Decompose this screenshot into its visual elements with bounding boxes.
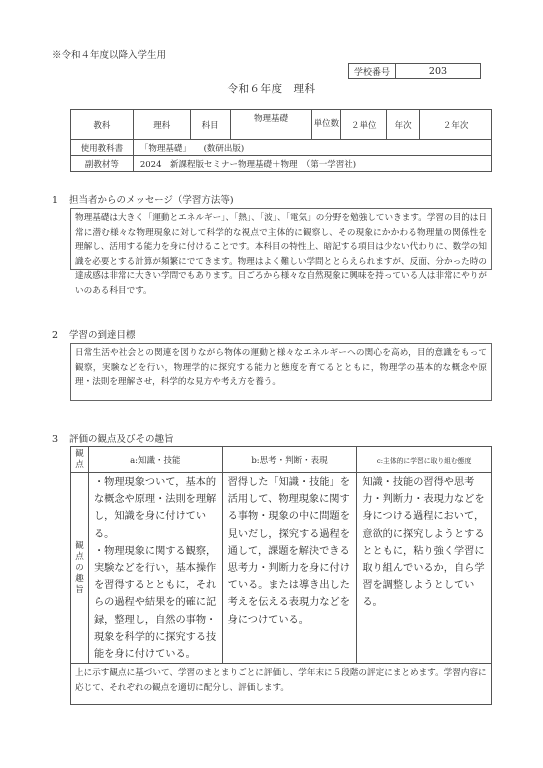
section-2-number: 2 — [52, 330, 69, 341]
section-3-number: 3 — [52, 434, 69, 445]
section-2-title: 学習の到達目標 — [69, 330, 136, 341]
evaluation-header-row: 観点 a:知識・技能 b:思考・判断・表現 c:主体的に学習に取り組む態度 — [71, 447, 492, 473]
subject-area-label: 教科 — [71, 110, 134, 140]
textbook-value: 「物理基礎」 (数研出版) — [133, 140, 491, 156]
course-info-table: 教科 理科 科目 物理基礎 単位数 ２単位 年次 ２年次 使用教科書 「物理基礎… — [70, 109, 492, 172]
section-3-title: 評価の観点及びその趣旨 — [69, 434, 174, 445]
purpose-label: 観点の趣旨 — [71, 473, 89, 664]
column-b-header: b:思考・判断・表現 — [222, 447, 357, 473]
viewpoint-label: 観点 — [71, 447, 89, 473]
supplementary-row: 副教材等 2024 新課程版セミナー物理基礎＋物理 （第一学習社) — [71, 156, 492, 172]
column-a-header: a:知識・技能 — [88, 447, 222, 473]
column-a-text: ・物理現象ついて，基本的な概念や原理・法則を理解し，知識を身に付けている。 ・物… — [88, 473, 222, 664]
section-1-number: 1 — [52, 195, 69, 206]
textbook-label: 使用教科書 — [71, 140, 134, 156]
school-number-box: 学校番号 203 — [348, 63, 481, 79]
course-row: 教科 理科 科目 物理基礎 単位数 ２単位 年次 ２年次 — [71, 110, 492, 140]
supplementary-label: 副教材等 — [71, 156, 134, 172]
supplementary-value: 2024 新課程版セミナー物理基礎＋物理 （第一学習社) — [133, 156, 491, 172]
grade-value: ２年次 — [420, 110, 492, 140]
column-b-text: 習得した「知識・技能」を活用して、物理現象に関する事物・現象の中に問題を見いだし… — [222, 473, 357, 664]
section-3-heading: 3評価の観点及びその趣旨 — [52, 431, 174, 445]
credits-label: 単位数 — [312, 110, 341, 140]
school-number-label: 学校番号 — [349, 64, 396, 78]
course-label: 科目 — [190, 110, 230, 140]
evaluation-table: 観点 a:知識・技能 b:思考・判断・表現 c:主体的に学習に取り組む態度 観点… — [70, 446, 492, 705]
subject-area-value: 理科 — [133, 110, 190, 140]
section-2-heading: 2学習の到達目標 — [52, 327, 136, 341]
evaluation-footer-row: 上に示す観点に基づいて、学習のまとまりごとに評価し、学年末に５段階の評定にまとめ… — [71, 664, 492, 705]
textbook-row: 使用教科書 「物理基礎」 (数研出版) — [71, 140, 492, 156]
enrollment-note: ※令和４年度以降入学生用 — [52, 47, 166, 61]
course-value: 物理基礎 — [230, 110, 312, 140]
school-number-value: 203 — [396, 64, 480, 78]
learning-goals-box: 日常生活や社会との関連を図りながら物体の運動と様々なエネルギーへの関心を高め，目… — [70, 343, 492, 401]
section-1-heading: 1担当者からのメッセージ（学習方法等) — [52, 192, 234, 206]
teacher-message-box: 物理基礎は大きく「運動とエネルギー」、「熱」、「波」、「電気」の分野を勉強してい… — [70, 208, 492, 270]
evaluation-footer-text: 上に示す観点に基づいて、学習のまとまりごとに評価し、学年末に５段階の評定にまとめ… — [71, 664, 492, 705]
evaluation-body-row: 観点の趣旨 ・物理現象ついて，基本的な概念や原理・法則を理解し，知識を身に付けて… — [71, 473, 492, 664]
section-1-title: 担当者からのメッセージ（学習方法等) — [69, 195, 234, 206]
column-c-header: c:主体的に学習に取り組む態度 — [357, 447, 492, 473]
page-title: 令和６年度 理科 — [0, 81, 543, 96]
column-c-text: 知識・技能の習得や思考力・判断力・表現力などを身につける過程において，意欲的に探… — [357, 473, 492, 664]
credits-value: ２単位 — [341, 110, 387, 140]
grade-label: 年次 — [387, 110, 420, 140]
